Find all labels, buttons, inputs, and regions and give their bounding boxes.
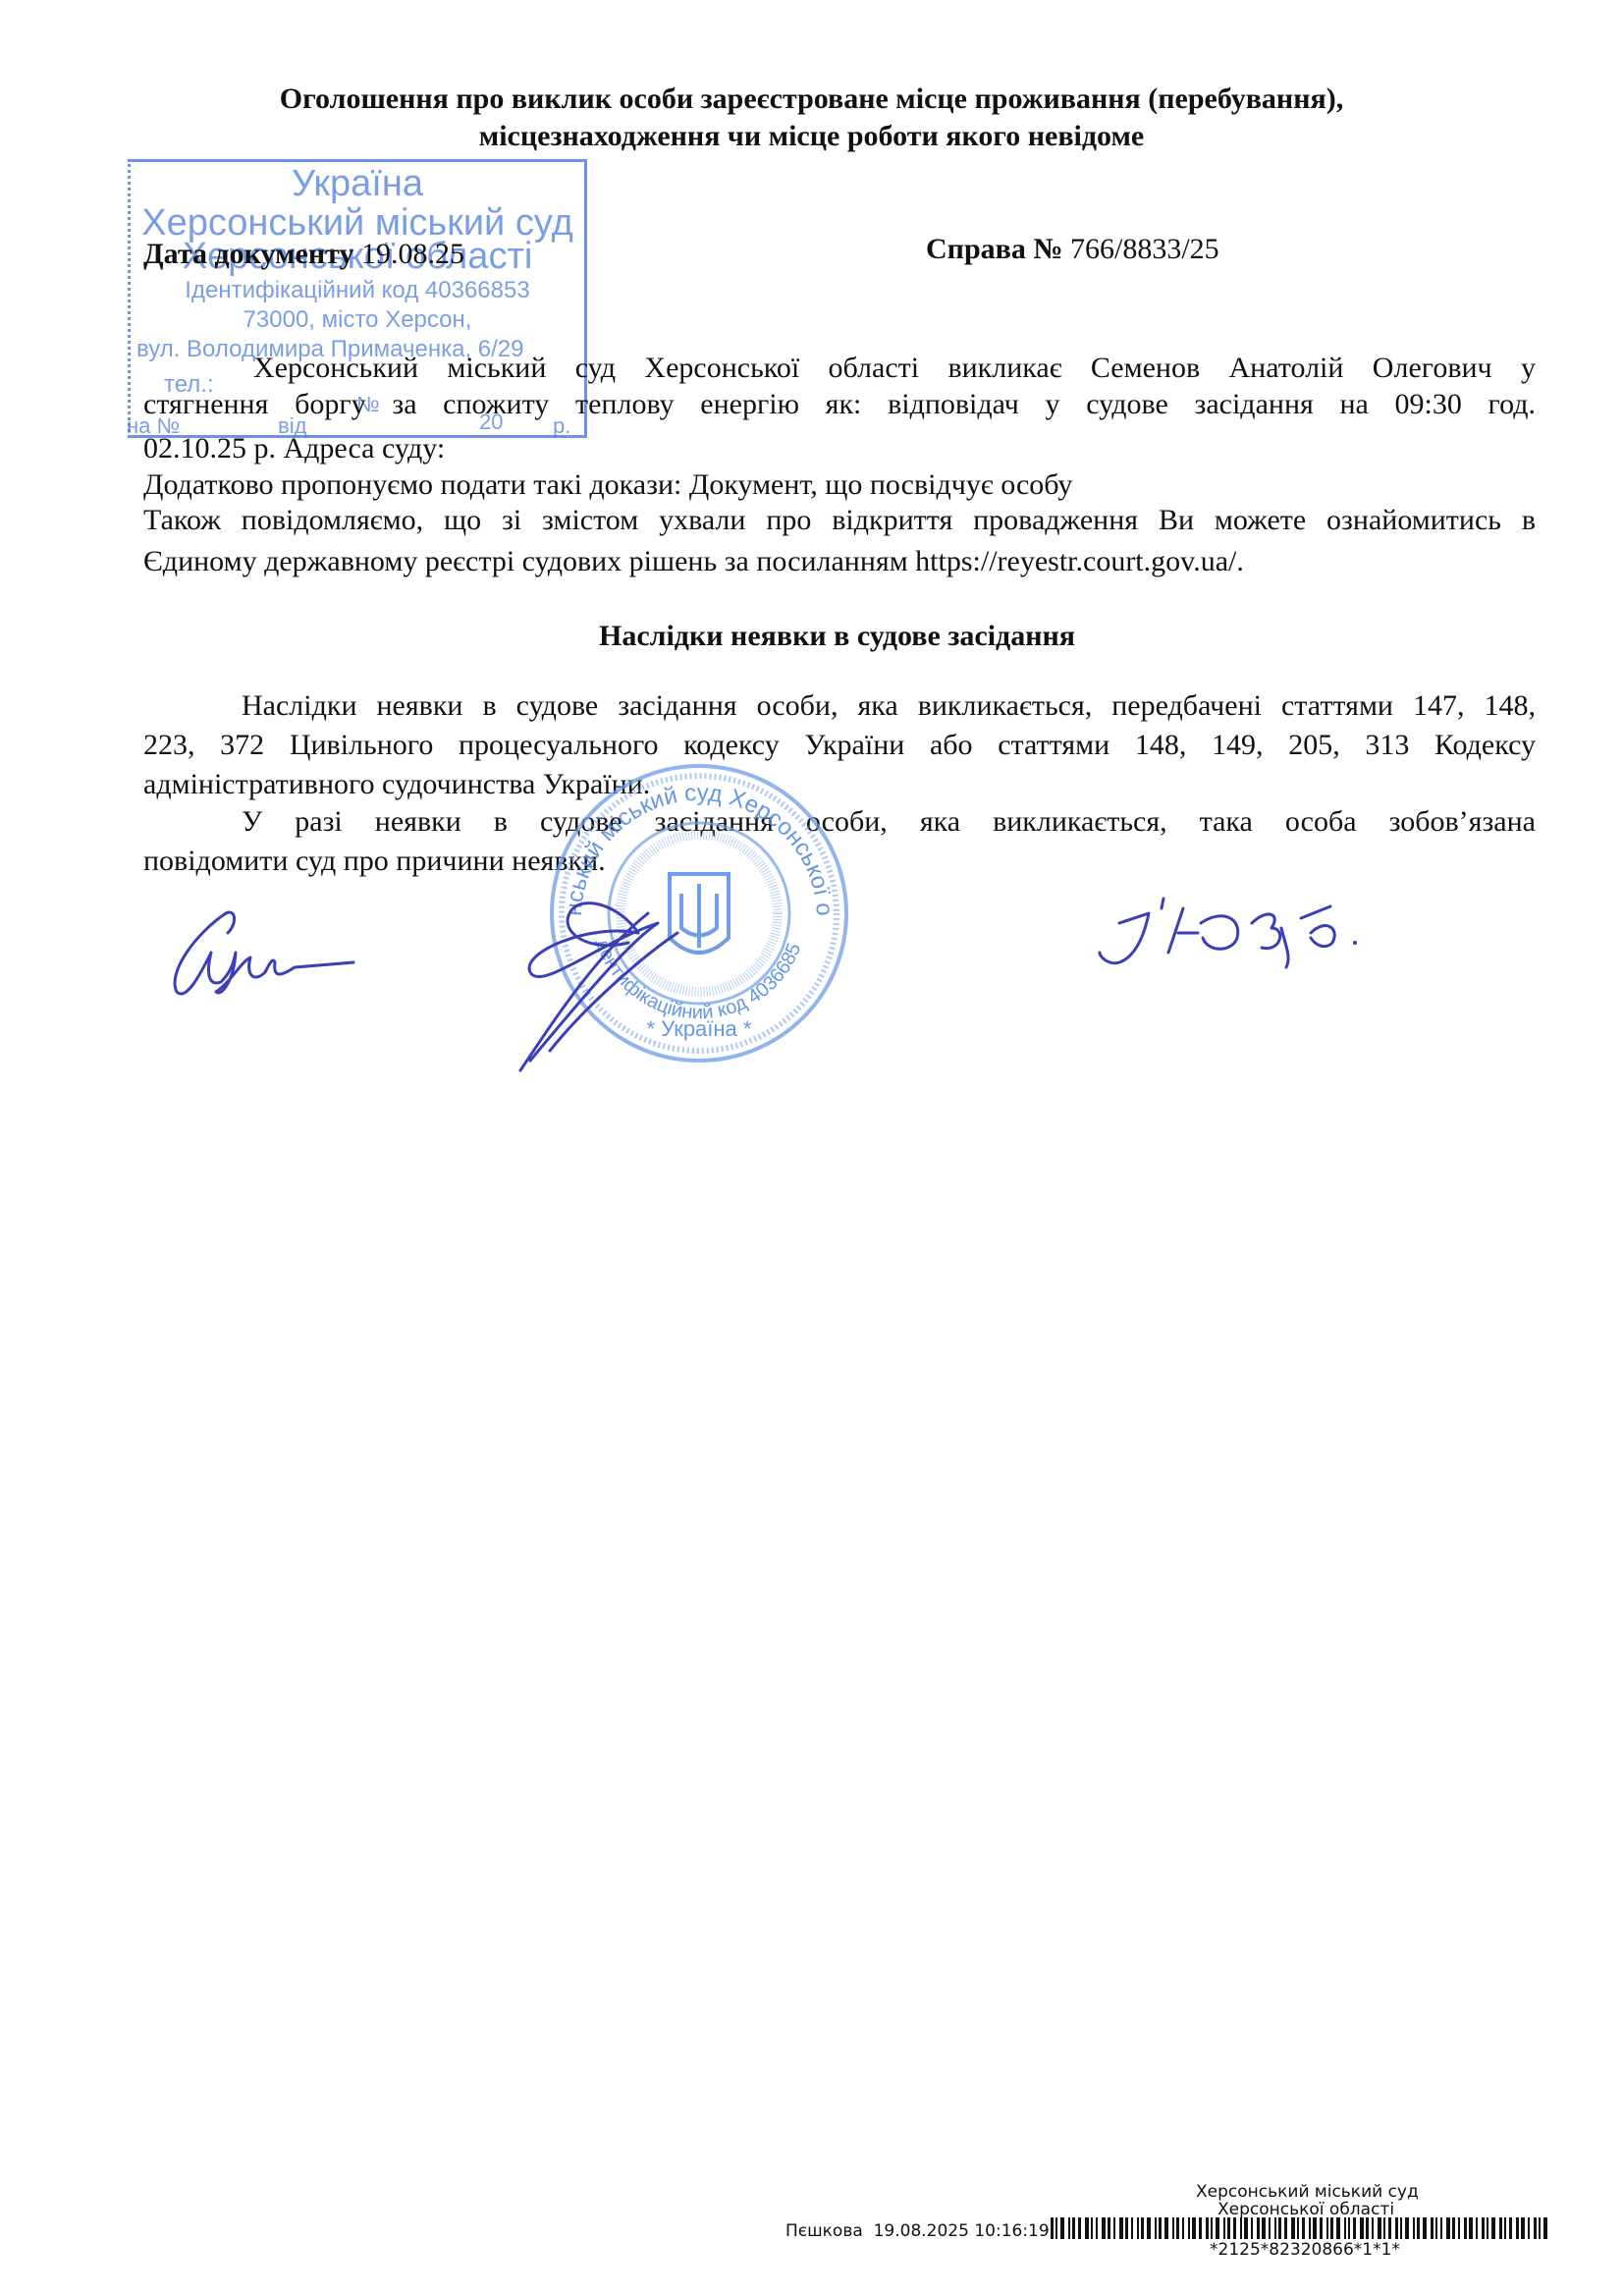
signature-right [1075,879,1370,987]
footer-court-line1: Херсонський міський суд [1196,2182,1419,2202]
failure-notice-line1: У разі неявки в судове засідання особи, … [242,805,1536,839]
failure-notice-line2: повідомити суд про причини неявки. [143,845,606,878]
registry-notice-line1: Також повідомляємо, що зі змістом ухвали… [143,504,1536,537]
stamp-id-code: Ідентифікаційний код 40366853 [131,276,584,305]
case-number-value: 766/8833/25 [1070,233,1219,265]
document-title-line1: Оголошення про виклик особи зареєстрован… [0,81,1623,118]
date-label: Дата документу [143,238,353,270]
evidence-request: Додатково пропонуємо подати такі докази:… [143,468,1072,502]
summons-text-line3: 02.10.25 р. Адреса суду: [143,432,445,465]
footer-timestamp: 19.08.2025 10:16:19 [874,2221,1050,2241]
footer-operator-stamp: Пєшкова 19.08.2025 10:16:19 [785,2221,1050,2241]
registry-notice-line2: Єдиному державному реєстрі судових рішен… [143,545,1244,578]
summons-text-line2: стягнення боргу за спожиту теплову енерг… [143,388,1536,421]
document-barcode [1051,2217,1551,2239]
footer-operator: Пєшкова [785,2221,863,2241]
section-heading-consequences: Наслідки неявки в судове засідання [0,620,1623,653]
signature-left [157,894,363,1002]
stamp-city: 73000, місто Херсон, [131,305,584,335]
signature-center [501,884,736,1080]
barcode-text: *2125*82320866*1*1* [1210,2240,1400,2260]
document-title-line2: місцезнаходження чи місце роботи якого н… [0,118,1623,155]
document-date: Дата документу 19.08.25 [143,238,464,271]
stamp-country: Україна [131,164,584,203]
summons-text-line1: Херсонський міський суд Херсонської обла… [253,352,1536,385]
date-value: 19.08.25 [361,238,464,270]
footer-court-line2: Херсонської області [1217,2200,1394,2219]
case-number: Справа № 766/8833/25 [926,233,1219,266]
case-label: Справа № [926,233,1062,265]
consequences-line1: Наслідки неявки в судове засідання особи… [242,689,1536,723]
